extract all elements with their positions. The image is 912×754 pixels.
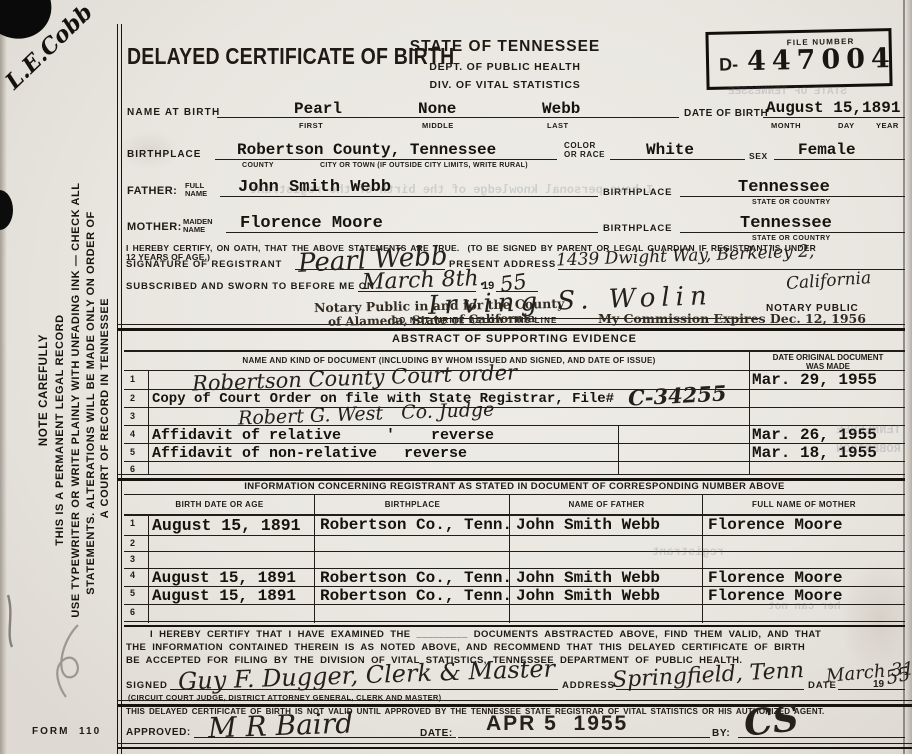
scan-edge-right-line xyxy=(903,0,905,754)
margin-note-5: A COURT OF RECORD IN TENNESSEE xyxy=(99,298,111,519)
table-bottom-rule xyxy=(124,621,905,627)
info-header-mother: FULL NAME OF MOTHER xyxy=(703,500,905,509)
approved-by-label: BY: xyxy=(712,728,730,739)
approved-date-label: DATE: xyxy=(420,728,453,739)
sex-value: Female xyxy=(798,141,856,159)
info-row1-mother: Florence Moore xyxy=(708,516,842,534)
ghost-text: ROBERTSON xyxy=(836,442,901,456)
date-of-birth-label: DATE OF BIRTH xyxy=(684,108,768,119)
info-header-birthplace: BIRTHPLACE xyxy=(315,500,510,509)
race-underline xyxy=(610,159,745,160)
ghost-text: STATE OF TENNESSEE xyxy=(728,86,847,98)
abstract-row-num: 4 xyxy=(130,429,135,439)
abstract-row1-date: Mar. 29, 1955 xyxy=(752,371,877,389)
sub-middle: MIDDLE xyxy=(422,121,454,130)
agency-line-1: STATE OF TENNESSEE xyxy=(399,38,611,56)
approved-by-scribble: CS xyxy=(742,697,801,744)
state-or-country-sub-1: STATE OR COUNTRY xyxy=(752,199,831,206)
signed-label: SIGNED xyxy=(126,680,168,691)
info-row5-birthplace: Robertson Co., Tenn. xyxy=(320,587,512,605)
sex-label: SEX xyxy=(749,151,768,161)
sub-month: MONTH xyxy=(771,121,801,130)
color-or-race-label-1: COLOR xyxy=(564,141,596,150)
file-number-prefix: D- xyxy=(719,54,738,75)
table-line xyxy=(749,350,750,474)
sub-day: DAY xyxy=(838,121,855,130)
info-header-birthdate: BIRTH DATE OR AGE xyxy=(124,500,315,509)
abstract-row-num: 2 xyxy=(130,393,135,403)
margin-note-1: NOTE CAREFULLY xyxy=(38,334,50,446)
pencil-squiggles xyxy=(0,585,110,725)
info-row1-father: John Smith Webb xyxy=(516,516,660,534)
sub-last: LAST xyxy=(547,121,569,130)
sex-underline xyxy=(774,159,905,160)
abstract-row4-text: Affidavit of relative ' reverse xyxy=(152,427,494,444)
mother-maiden-sub-2: NAME xyxy=(183,225,205,234)
abstract-row-num: 5 xyxy=(130,447,135,457)
signed-date-underline xyxy=(838,689,905,690)
table-line xyxy=(124,350,905,352)
certify-line-1: I HEREBY CERTIFY THAT I HAVE EXAMINED TH… xyxy=(150,629,821,640)
scanned-birth-certificate: L.E.Cobb NOTE CAREFULLY THIS IS A PERMAN… xyxy=(0,0,912,754)
info-row5-father: John Smith Webb xyxy=(516,587,660,605)
father-fullname-sub-2: NAME xyxy=(185,189,207,198)
table-line xyxy=(148,370,149,474)
name-first-value: Pearl xyxy=(294,100,342,118)
agency-line-3: DIV. OF VITAL STATISTICS xyxy=(399,79,611,91)
certify-line-2: THE INFORMATION CONTAINED THEREIN IS AS … xyxy=(126,642,805,653)
margin-note-4: STATEMENTS. ALTERATIONS WILL BE MADE ONL… xyxy=(85,211,97,595)
info-row1-birthplace: Robertson Co., Tenn. xyxy=(320,516,512,534)
birthplace-underline xyxy=(215,159,557,160)
signed-year-printed: 19 xyxy=(873,679,884,690)
ghost-text: I have personal knowledge of the birth o… xyxy=(250,183,653,197)
abstract-row5-text: Affidavit of non-relative reverse xyxy=(152,445,467,462)
approved-signature: M R Baird xyxy=(207,706,353,744)
mother-label: MOTHER: xyxy=(127,221,182,233)
race-value: White xyxy=(646,141,694,159)
info-table-title: INFORMATION CONCERNING REGISTRANT AS STA… xyxy=(124,481,905,492)
table-line xyxy=(124,551,905,552)
sub-year: YEAR xyxy=(876,121,899,130)
bottom-rule xyxy=(118,743,912,749)
approved-date-stamp: APR 5 1955 xyxy=(486,712,628,736)
form-number: FORM 110 xyxy=(32,726,101,737)
sworn-label: SUBSCRIBED AND SWORN TO BEFORE ME ON xyxy=(126,281,375,292)
info-row5-birthdate: August 15, 1891 xyxy=(152,587,296,605)
approved-date-underline xyxy=(458,737,710,738)
ghost-text: her can not xyxy=(768,601,841,613)
section-rule-2 xyxy=(118,474,905,481)
form-left-border xyxy=(117,24,122,754)
table-stray-line xyxy=(618,425,619,474)
agency-line-2: DEPT. OF PUBLIC HEALTH xyxy=(399,61,611,73)
sub-first: FIRST xyxy=(299,121,323,130)
abstract-row-num: 3 xyxy=(130,411,135,421)
father-birthplace-value: Tennessee xyxy=(738,178,830,197)
info-row1-birthdate: August 15, 1891 xyxy=(152,516,301,535)
abstract-title: ABSTRACT OF SUPPORTING EVIDENCE xyxy=(124,333,905,345)
info-row-num: 5 xyxy=(130,588,135,598)
info-row4-father: John Smith Webb xyxy=(516,569,660,587)
ghost-text: registrant xyxy=(652,545,724,559)
dob-value: August 15,1891 xyxy=(766,99,900,117)
sub-county: COUNTY xyxy=(242,162,274,169)
approved-label: APPROVED: xyxy=(126,727,191,738)
info-row-num: 1 xyxy=(130,518,135,528)
name-last-value: Webb xyxy=(542,100,580,118)
scan-edge-right xyxy=(905,0,912,754)
mother-name-value: Florence Moore xyxy=(240,214,383,233)
dob-underline xyxy=(763,117,905,118)
file-number-box: FILE NUMBER D- 447004 xyxy=(705,28,892,90)
info-row-num: 3 xyxy=(130,554,135,564)
info-row-num: 4 xyxy=(130,570,135,580)
info-row4-mother: Florence Moore xyxy=(708,569,842,587)
name-at-birth-label: NAME AT BIRTH xyxy=(127,107,220,118)
mother-birthplace-label: BIRTHPLACE xyxy=(603,223,672,234)
signed-address-label: ADDRESS xyxy=(562,680,615,691)
father-label: FATHER: xyxy=(127,185,177,197)
abstract-row-num: 1 xyxy=(130,374,135,384)
file-number-value: 447004 xyxy=(747,43,896,77)
abstract-row2-file-number: C-34255 xyxy=(627,380,727,410)
info-row-num: 2 xyxy=(130,538,135,548)
state-or-country-sub-2: STATE OR COUNTRY xyxy=(752,235,831,242)
table-line xyxy=(124,535,905,536)
present-address-line-2: California xyxy=(785,268,871,294)
birthplace-label: BIRTHPLACE xyxy=(127,149,201,160)
abstract-col2-header-1: DATE ORIGINAL DOCUMENT xyxy=(752,353,904,362)
name-middle-value: None xyxy=(418,100,456,118)
info-row4-birthdate: August 15, 1891 xyxy=(152,569,296,587)
info-row-num: 6 xyxy=(130,607,135,617)
margin-note-2: THIS IS A PERMANENT LEGAL RECORD xyxy=(54,314,66,545)
margin-note-3: USE TYPEWRITER OR WRITE PLAINLY WITH UNF… xyxy=(70,182,82,617)
info-header-father: NAME OF FATHER xyxy=(510,500,703,509)
birthplace-value: Robertson County, Tennessee xyxy=(237,141,496,159)
hole-punch xyxy=(0,190,13,230)
color-or-race-label-2: OR RACE xyxy=(564,150,605,159)
mother-birthplace-value: Tennessee xyxy=(740,214,832,233)
signature-of-registrant-label: SIGNATURE OF REGISTRANT xyxy=(126,259,282,270)
info-row4-birthplace: Robertson Co., Tenn. xyxy=(320,569,512,587)
table-line xyxy=(124,494,905,495)
abstract-row-num: 6 xyxy=(130,464,135,474)
ghost-text: TENNESSEE xyxy=(836,423,901,437)
sub-city-or-town: CITY OR TOWN (IF OUTSIDE CITY LIMITS, WR… xyxy=(320,162,528,169)
